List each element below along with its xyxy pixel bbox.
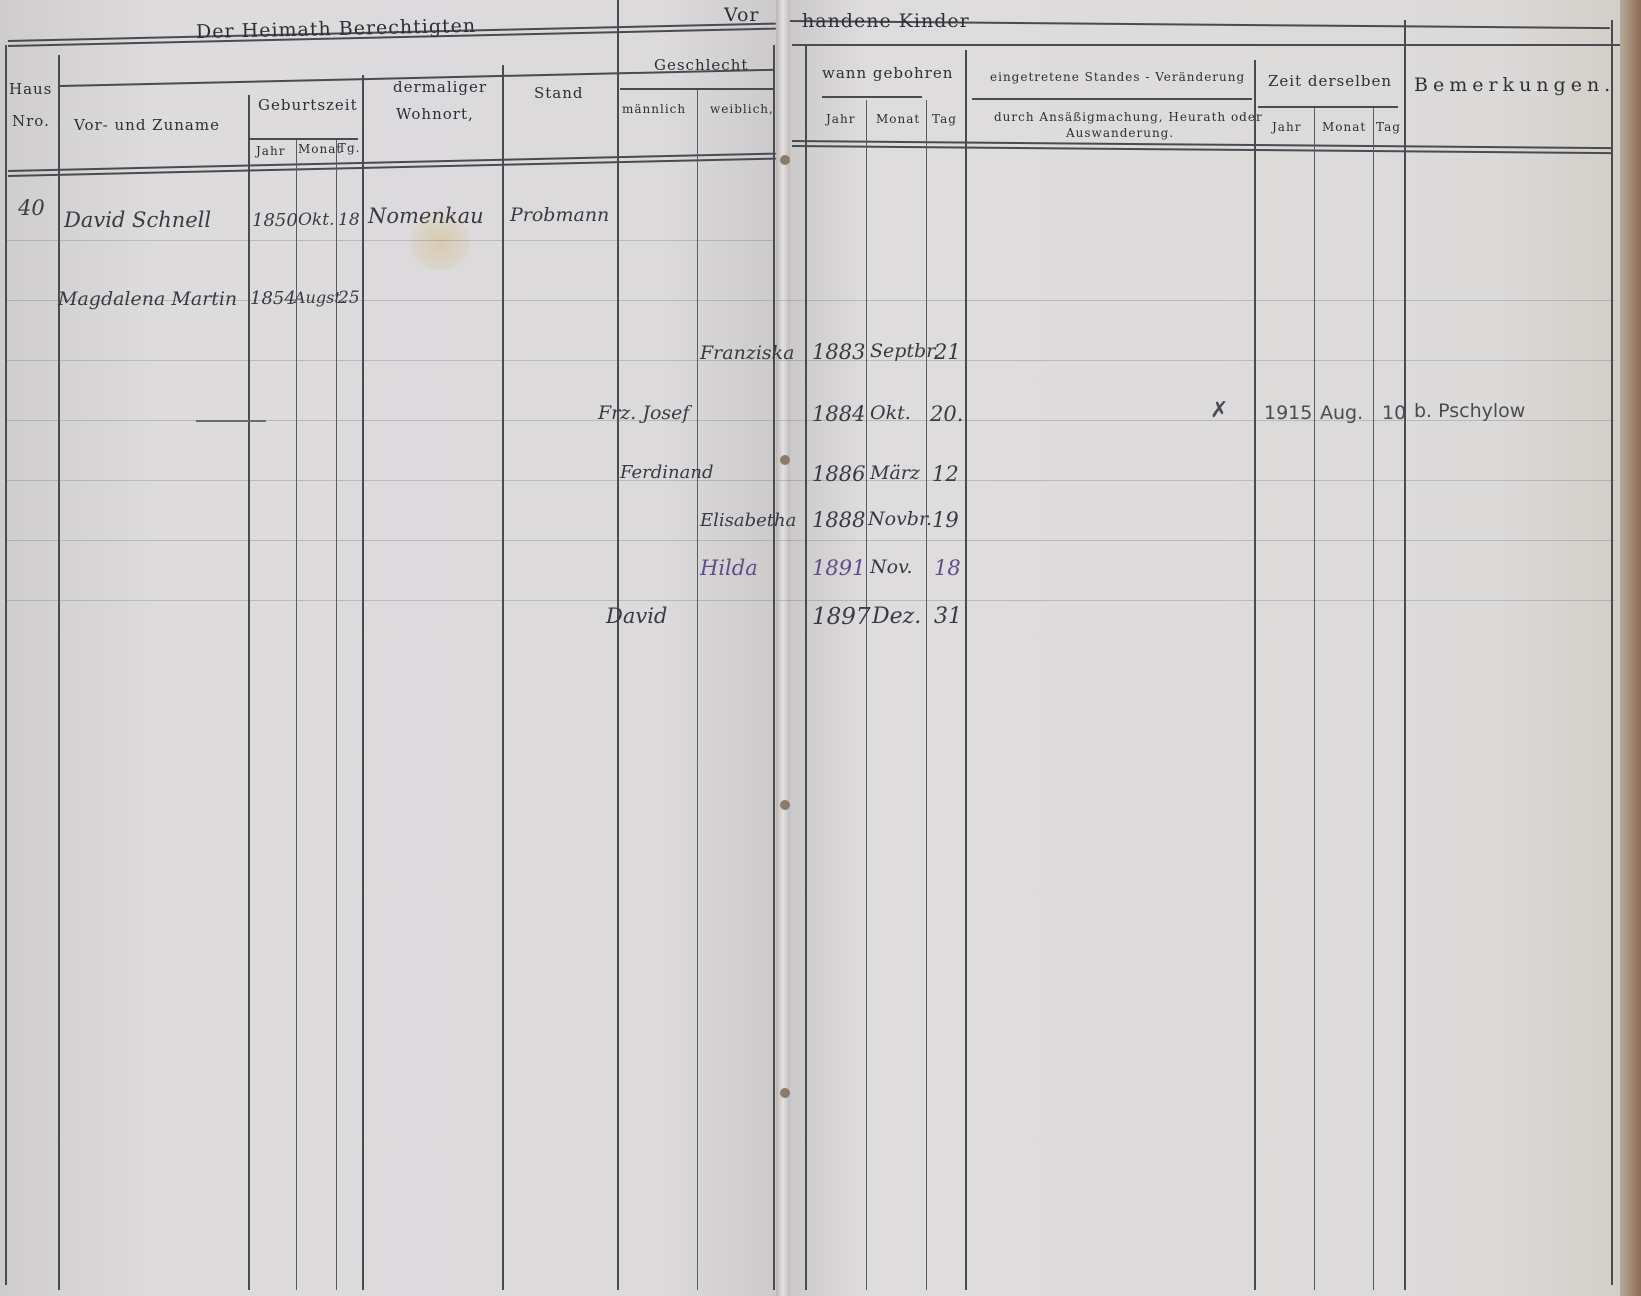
- col-rule: [5, 45, 7, 1285]
- col-rule: [617, 0, 619, 1290]
- remark: b. Pschylow: [1414, 400, 1525, 422]
- col-header-standes-sub-1: durch Ansäßigmachung, Heurath oder: [994, 110, 1263, 124]
- col-rule: [296, 140, 297, 1290]
- mother-name: Magdalena Martin: [58, 288, 237, 310]
- col-rule: [697, 90, 698, 1290]
- col-header-kind-monat: Monat: [876, 112, 920, 126]
- child-name: David: [606, 604, 667, 628]
- wann-sub-rule: [822, 96, 922, 98]
- col-header-nro: Nro.: [12, 112, 50, 130]
- child-birth-day: 31: [934, 604, 962, 629]
- child-birth-year: 1897: [812, 604, 871, 630]
- col-rule: [1373, 108, 1374, 1290]
- child-name: Hilda: [700, 556, 758, 580]
- child-birth-day: 19: [932, 508, 959, 532]
- mother-birth-day: 25: [338, 288, 360, 308]
- col-header-kind-jahr: Jahr: [826, 112, 855, 126]
- change-month: Aug.: [1320, 402, 1363, 424]
- col-header-standes-veraenderung: eingetretene Standes - Veränderung: [990, 70, 1245, 84]
- col-rule: [1314, 108, 1315, 1290]
- child-birth-day: 20.: [930, 402, 963, 426]
- col-rule: [1254, 60, 1256, 1290]
- col-header-bemerkungen: Bemerkungen.: [1414, 74, 1615, 96]
- col-header-wohnort-1: dermaliger: [393, 78, 487, 96]
- col-header-zeit-derselben: Zeit derselben: [1268, 72, 1392, 90]
- book-gutter: [776, 0, 790, 1296]
- col-header-standes-sub-2: Auswanderung.: [1066, 126, 1174, 140]
- father-birth-year: 1850: [252, 210, 298, 231]
- ink-dash: [196, 420, 266, 422]
- col-rule: [1611, 20, 1613, 1285]
- child-birth-year: 1891: [812, 556, 865, 580]
- col-rule: [773, 45, 775, 1290]
- col-rule: [336, 140, 337, 1290]
- child-name: Frz. Josef: [598, 402, 689, 424]
- binding-stitch: [780, 455, 790, 465]
- death-mark-icon: ✗: [1210, 398, 1228, 423]
- father-birth-day: 18: [338, 210, 360, 230]
- col-header-geburtszeit: Geburtszeit: [258, 96, 358, 114]
- book-edge: [1620, 0, 1641, 1296]
- binding-stitch: [780, 1088, 790, 1098]
- child-birth-month: Septbr.: [870, 340, 939, 362]
- child-birth-year: 1884: [812, 402, 865, 426]
- binding-stitch: [780, 155, 790, 165]
- child-birth-year: 1888: [812, 508, 865, 532]
- col-rule: [58, 55, 60, 1290]
- spread-header-right: handene Kinder: [802, 10, 970, 32]
- child-birth-month: Novbr.: [868, 508, 932, 530]
- col-header-geschlecht: Geschlecht: [654, 56, 748, 74]
- child-birth-month: Dez.: [872, 604, 921, 629]
- col-header-stand: Stand: [534, 84, 584, 102]
- col-header-name: Vor- und Zuname: [74, 116, 220, 134]
- col-header-maennlich: männlich: [622, 102, 686, 116]
- col-header-wohnort-2: Wohnort,: [396, 105, 474, 123]
- change-day: 10: [1382, 402, 1406, 424]
- child-birth-day: 18: [934, 556, 961, 580]
- father-stand: Probmann: [510, 204, 609, 226]
- child-birth-year: 1886: [812, 462, 865, 486]
- col-header-weiblich: weiblich,: [710, 102, 774, 116]
- left-page: [0, 0, 782, 1296]
- father-wohnort: Nomenkau: [368, 204, 484, 228]
- geburtszeit-sub-rule: [248, 138, 358, 140]
- col-rule: [362, 75, 364, 1290]
- col-header-zeit-monat: Monat: [1322, 120, 1366, 134]
- child-birth-month: März: [870, 462, 920, 484]
- col-header-geb-tag: Tg.: [338, 141, 361, 155]
- child-name: Ferdinand: [620, 462, 713, 483]
- col-header-zeit-tag: Tag: [1376, 120, 1401, 134]
- col-rule: [866, 100, 867, 1290]
- child-birth-day: 12: [932, 462, 959, 486]
- col-rule: [965, 50, 967, 1290]
- child-birth-day: 21: [934, 340, 961, 364]
- col-rule: [502, 65, 504, 1290]
- spread-header-left: Vor: [724, 4, 760, 26]
- mother-birth-year: 1854: [250, 288, 296, 309]
- col-header-wann-gebohren: wann gebohren: [822, 64, 953, 82]
- haus-number: 40: [18, 196, 45, 220]
- col-rule: [926, 100, 927, 1290]
- col-header-haus: Haus: [9, 80, 52, 98]
- standes-sub-rule: [972, 98, 1252, 100]
- father-birth-month: Okt.: [298, 210, 334, 230]
- right-page: [782, 0, 1620, 1296]
- col-header-zeit-jahr: Jahr: [1272, 120, 1301, 134]
- col-header-kind-tag: Tag: [932, 112, 957, 126]
- change-year: 1915: [1264, 402, 1312, 424]
- col-header-geb-jahr: Jahr: [256, 144, 285, 158]
- col-rule: [1404, 20, 1406, 1290]
- child-birth-year: 1883: [812, 340, 865, 364]
- ruled-line: [5, 240, 775, 241]
- header-top-rule: [792, 44, 1620, 46]
- child-birth-month: Okt.: [870, 402, 911, 424]
- father-name: David Schnell: [64, 208, 211, 232]
- col-rule: [248, 95, 250, 1290]
- col-header-geb-monat: Monat: [298, 142, 342, 156]
- binding-stitch: [780, 800, 790, 810]
- col-rule: [805, 45, 807, 1290]
- child-name: Elisabetha: [700, 510, 796, 531]
- zeit-sub-rule: [1258, 106, 1398, 108]
- child-name: Franziska: [700, 342, 795, 364]
- child-birth-month: Nov.: [870, 556, 913, 578]
